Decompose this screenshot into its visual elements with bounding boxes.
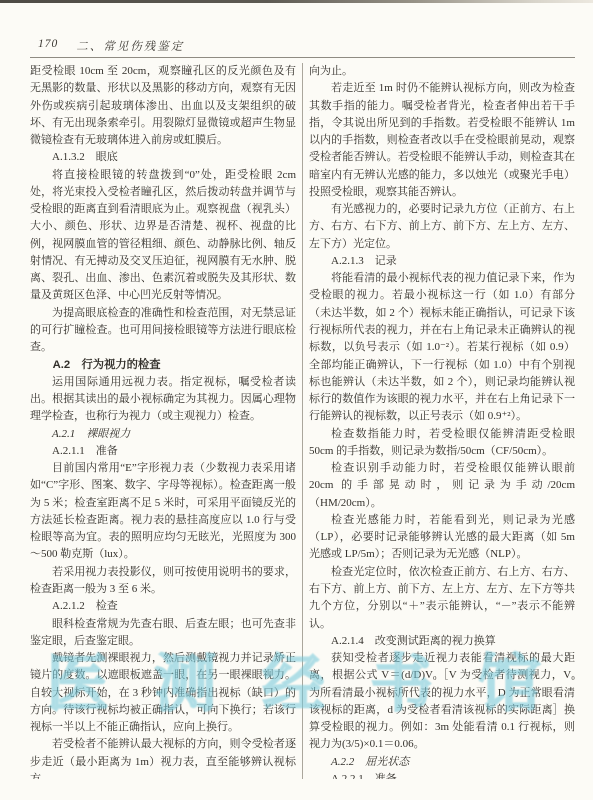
column-divider [302, 63, 303, 779]
paragraph: 运用国际通用远视力表。指定视标，嘱受检者读出。根据其读出的最小视标确定为其视力。… [30, 374, 296, 426]
paragraph: 眼科检查常规为先查右眼、后查左眼；也可先查非鉴定眼，后查鉴定眼。 [30, 616, 296, 651]
paragraph: 有光感视力的，必要时记录九方位（正前方、右上方、右方、右下方、前上方、前下方、左… [309, 201, 575, 253]
paragraph: 检查光感能力时，若能看到光，则记录为光感（LP），必要时记录能够辨认光感的最大距… [309, 512, 575, 564]
paragraph: 目前国内常用“E”字形视力表（少数视力表采用诸如“C”字形、图案、数字、字母等视… [30, 460, 296, 564]
section-heading: A.2 行为视力的检查 [30, 357, 296, 374]
paragraph: 为提高眼底检查的准确性和检查范围，对无禁忌证的可行扩瞳检查。也可用间接检眼镜等方… [30, 305, 296, 357]
paragraph: 将能看清的最小视标代表的视力值记录下来，作为受检眼的视力。若最小视标这一行（如 … [309, 270, 575, 425]
right-column: 向为止。若走近至 1m 时仍不能辨认视标方向，则改为检查其数手指的能力。嘱受检者… [309, 63, 575, 779]
page-header: 170 二、常见伤残鉴定 [38, 38, 184, 54]
paragraph: 若走近至 1m 时仍不能辨认视标方向，则改为检查其数手指的能力。嘱受检者背光，检… [309, 80, 575, 201]
paragraph: 获知受检者逐步走近视力表能看清视标的最大距离，根据公式 V＝(d/D)V₀［V … [309, 650, 575, 754]
paragraph: 距受检眼 10cm 至 20cm，观察瞳孔区的反光颜色及有无黑影的数量、形状以及… [30, 63, 296, 149]
paragraph: 检查数指能力时，若受检眼仅能辨清距受检眼 50cm 的手指数，则记录为数指/50… [309, 426, 575, 461]
page-number: 170 [38, 38, 58, 54]
paragraph: 若采用视力表投影仪，则可按使用说明书的要求，检查距离一般为 3 至 6 米。 [30, 564, 296, 599]
paragraph: 将直接检眼镜的转盘拨到“0”处，距受检眼 2cm 处，将光束投入受检者瞳孔区，然… [30, 167, 296, 305]
paragraph: 向为止。 [309, 63, 575, 80]
paragraph: 检查识别手动能力时，若受检眼仅能辨认眼前 20cm 的手部晃动时，则记录为手动/… [309, 460, 575, 512]
section-heading: A.2.2 屈光状态 [309, 754, 575, 771]
section-heading: A.2.1.4 改变测试距离的视力换算 [309, 633, 575, 650]
section-heading: A.2.1.2 检查 [30, 598, 296, 615]
running-title: 二、常见伤残鉴定 [76, 38, 184, 54]
paragraph: 戴镜者先测裸眼视力，然后测戴镜视力并记录矫正镜片的度数。以遮眼板遮盖一眼，在另一… [30, 650, 296, 736]
section-heading: A.2.2.1 准备 [309, 771, 575, 779]
section-heading: A.2.1 裸眼视力 [30, 426, 296, 443]
section-heading: A.2.1.1 准备 [30, 443, 296, 460]
paragraph: 若受检者不能辨认最大视标的方向，则令受检者逐步走近（最小距离为 1m）视力表，直… [30, 736, 296, 779]
paragraph: 检查光定位时，依次检查正前方、右上方、右方、右下方、前上方、前下方、左上方、左方… [309, 564, 575, 633]
section-heading: A.1.3.2 眼底 [30, 149, 296, 166]
text-columns: 距受检眼 10cm 至 20cm，观察瞳孔区的反光颜色及有无黑影的数量、形状以及… [30, 63, 575, 779]
header-rule [30, 57, 575, 58]
document-page: 170 二、常见伤残鉴定 距受检眼 10cm 至 20cm，观察瞳孔区的反光颜色… [0, 0, 593, 800]
left-column: 距受检眼 10cm 至 20cm，观察瞳孔区的反光颜色及有无黑影的数量、形状以及… [30, 63, 296, 779]
scan-edge [0, 0, 593, 3]
section-heading: A.2.1.3 记录 [309, 253, 575, 270]
